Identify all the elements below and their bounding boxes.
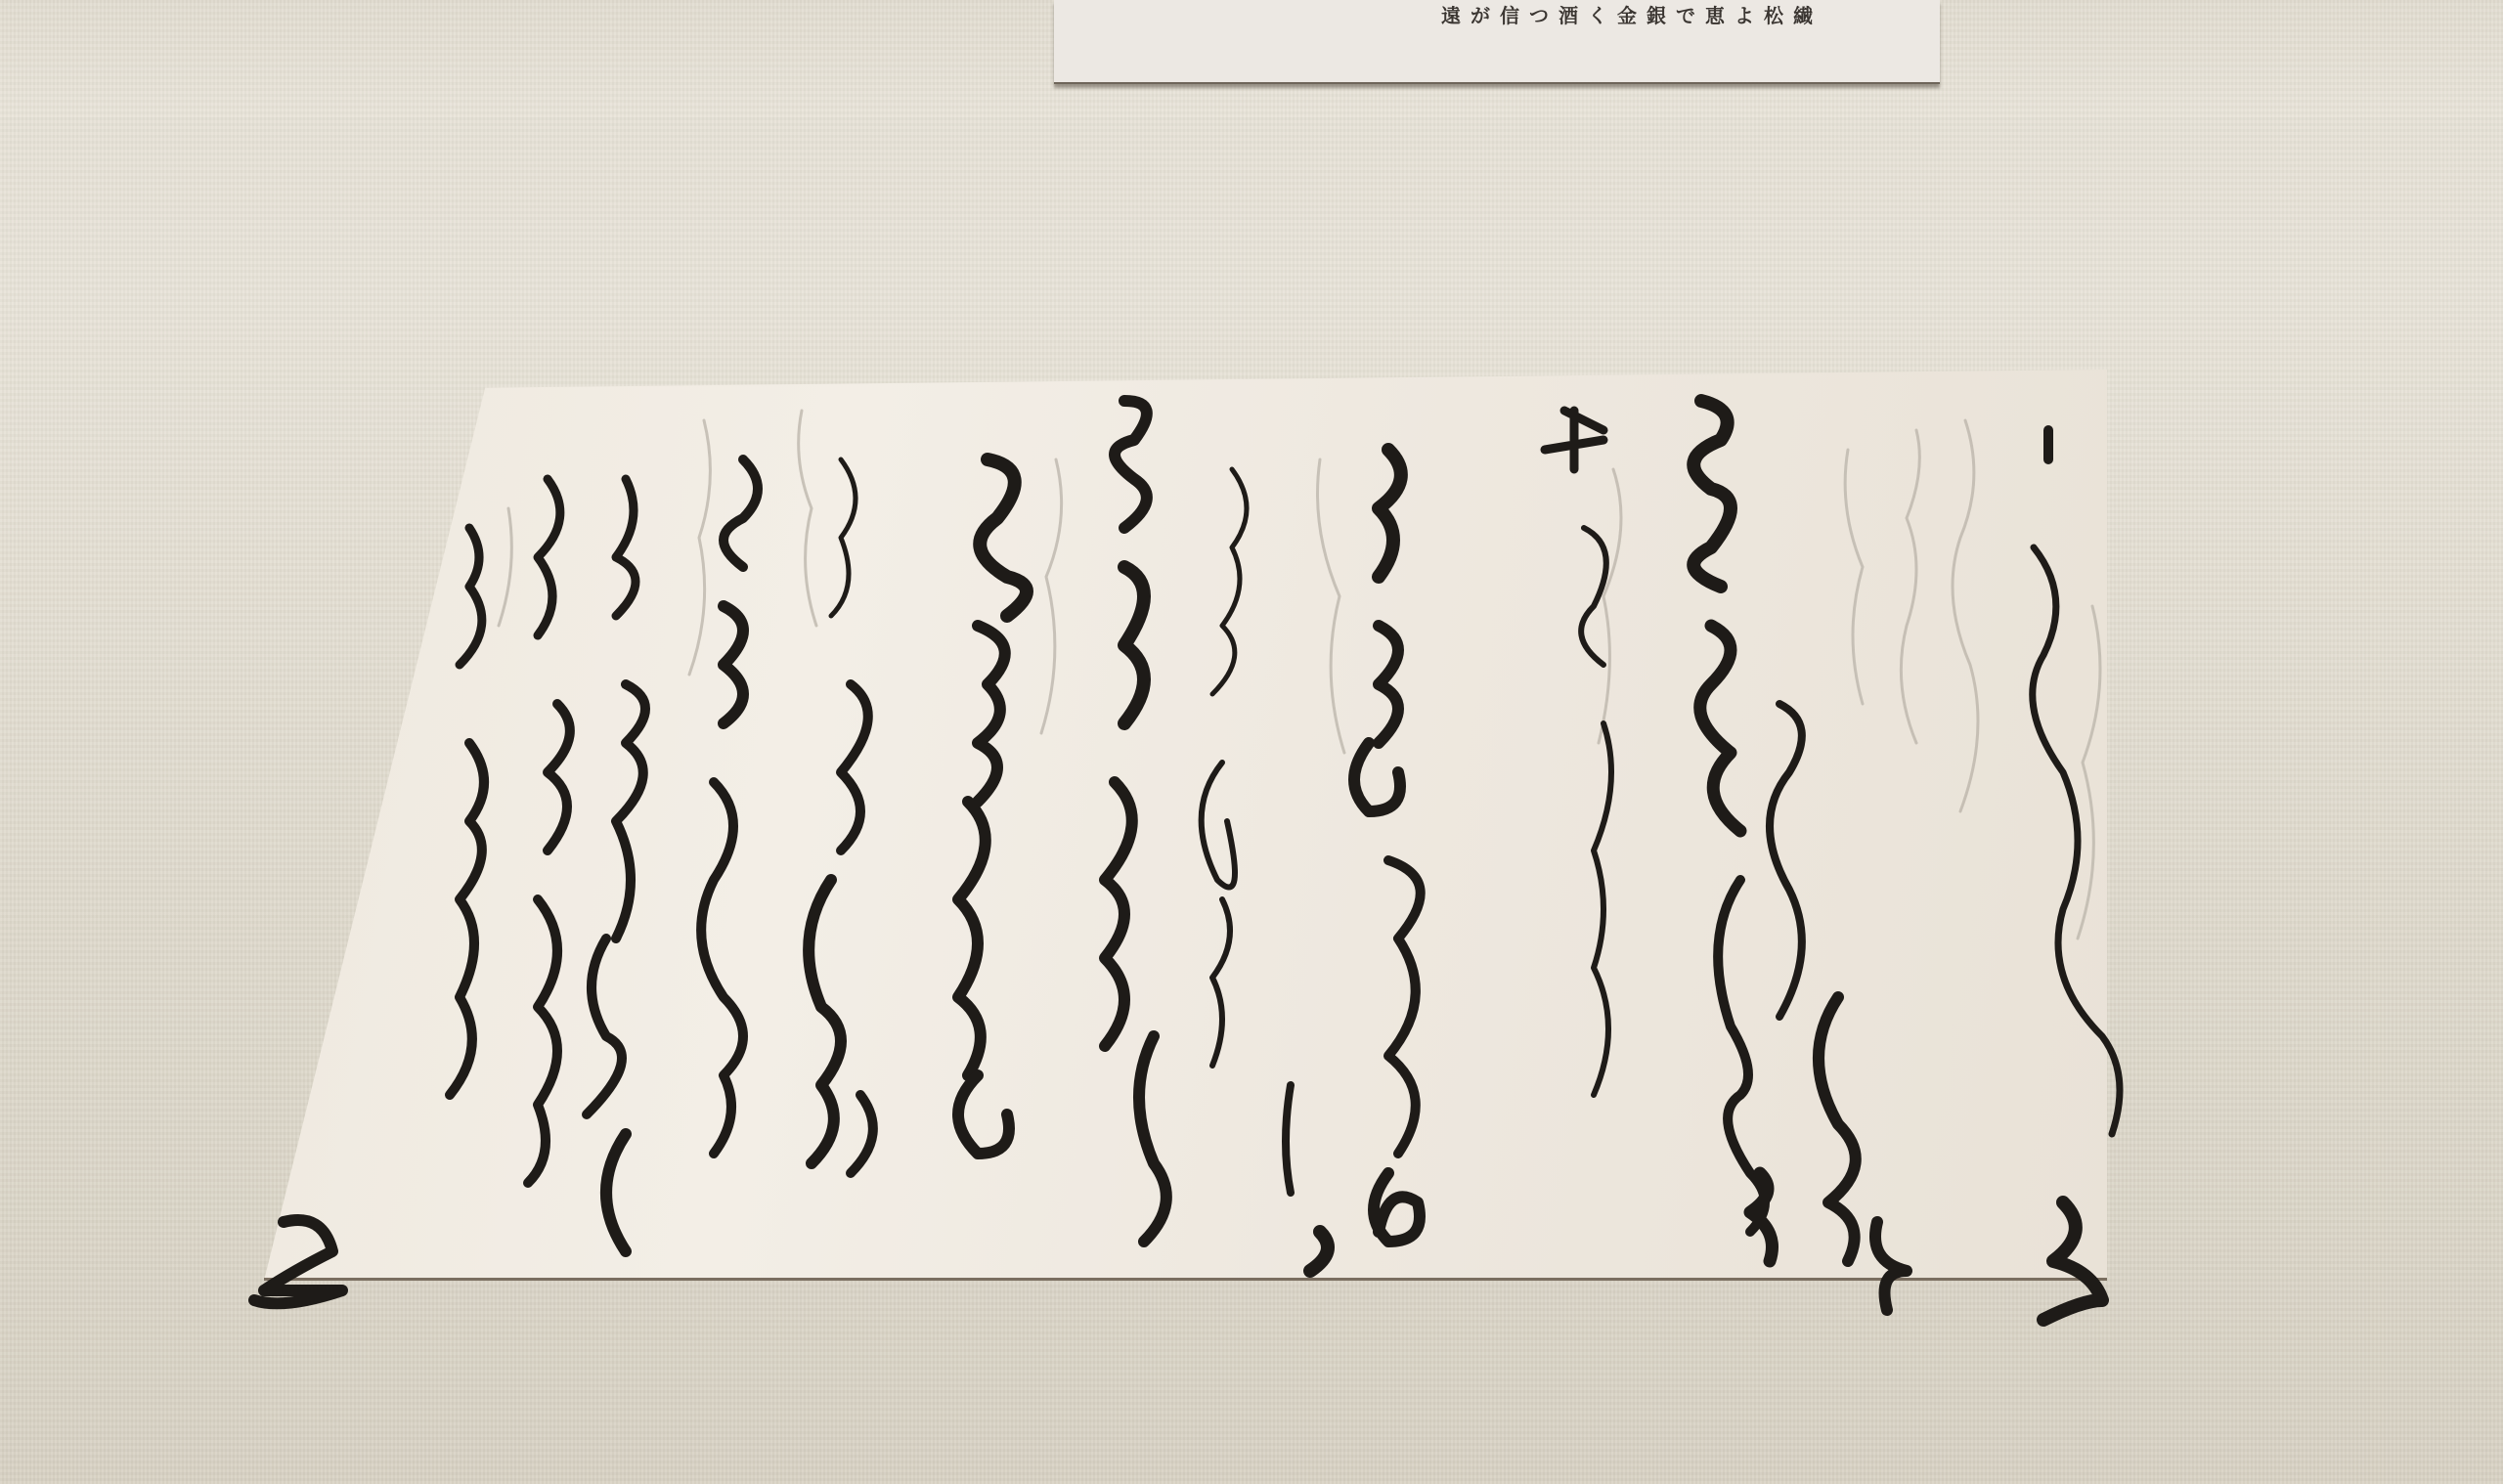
calligraphy-strokes — [0, 0, 2503, 1484]
